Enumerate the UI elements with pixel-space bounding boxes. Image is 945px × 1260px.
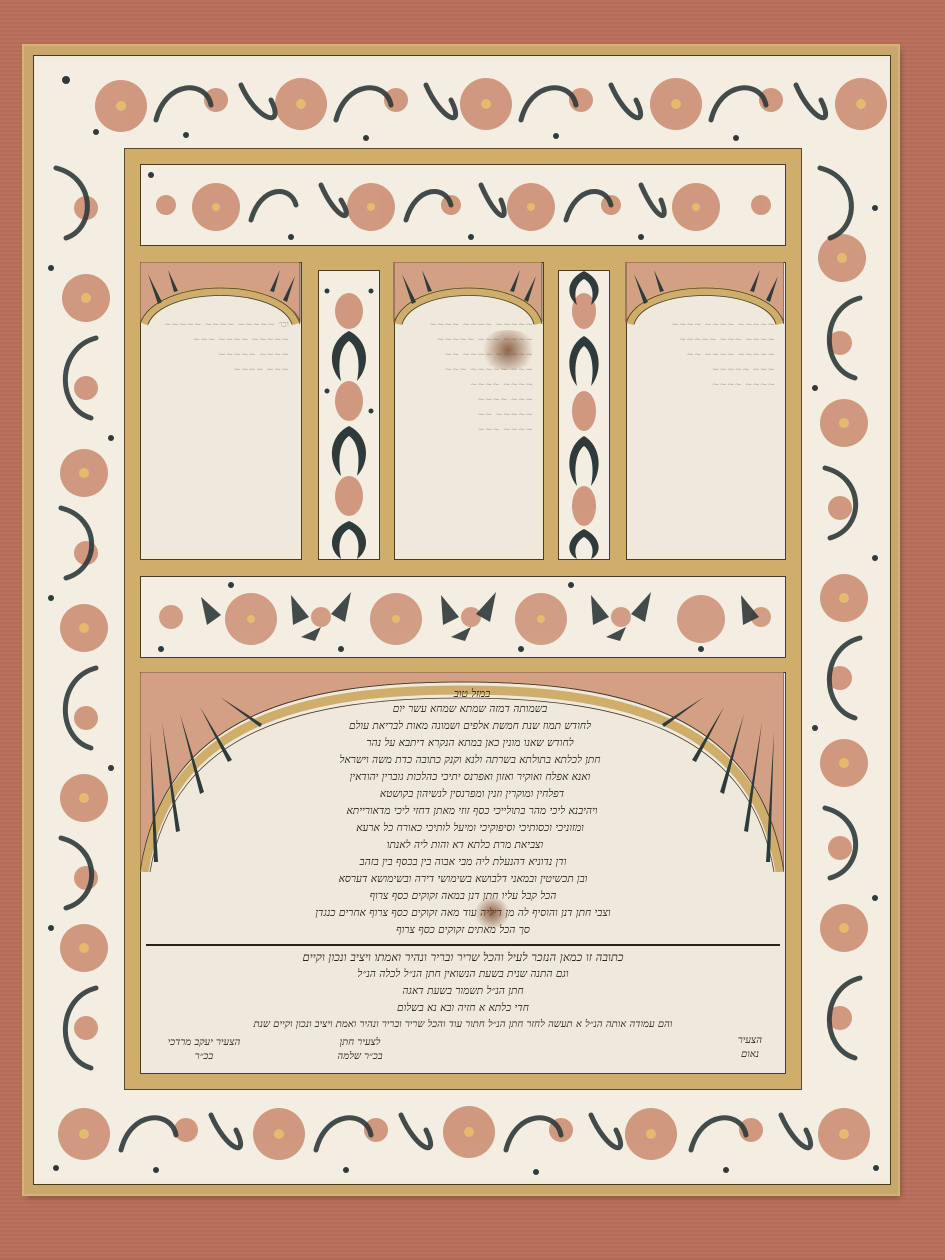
signature-sub: בכ״ר (144, 1050, 264, 1064)
floral-border-top (36, 60, 888, 148)
text-closing: כתובה זו כמאן הנזכר לעיל והכל שריר ובריר… (148, 950, 778, 964)
text-line: חתן לכלתא בתולתא בשרתה ולנא וקנק כתובה כ… (200, 754, 740, 766)
pillar-right (558, 270, 610, 560)
text-line: ואנא אפלח ואוקיר ואזון ואפרנס יתיכי כהלכ… (185, 771, 755, 783)
signature-sub: נאום (720, 1048, 780, 1062)
signature-name: לצעיר חתן (300, 1036, 420, 1050)
text-line: בשמותה דמזה שמתא שמחא עשר יום (300, 703, 640, 715)
text-line: לחודש תמוז שנת חמשת אלפים ושמונה מאות לב… (255, 720, 685, 732)
text-line: לחודש שאנו מונין כאן במתא הנקרא דיתבא על… (225, 737, 715, 749)
text-line: וצבי חתן דנן והוסיף לה מן דיליה עוד מאה … (148, 907, 778, 919)
text-addendum: וגם התנה שנית בשעת הנשואין חתן הנ״ל לכלה… (148, 968, 778, 980)
signature-name: הצעיר (720, 1034, 780, 1048)
signature-groom: לצעיר חתן בכ״ר שלמה (300, 1036, 420, 1064)
pillar-left (318, 270, 380, 560)
floral-border-right (800, 148, 888, 1090)
signature-witness-1: הצעיר יעקב מרדכי בכ״ר (144, 1036, 264, 1064)
text-line: ודן נדוניא דהנעלת ליה מבי אבוה בין בכסף … (148, 856, 778, 868)
signature-witness-2: הצעיר נאום (720, 1034, 780, 1062)
text-addendum: והם עמודה אותה הנ״ל א תעשה לחזר חתן הנ״ל… (148, 1019, 778, 1030)
floral-border-bottom (36, 1090, 888, 1180)
text-opening: במזל טוב (372, 688, 572, 700)
text-line: ובן תכשיטין ובמאני דלבושא בשימושי דירה ו… (148, 873, 778, 885)
text-line: וצביאת מרת כלתא דא והות ליה לאנתו (150, 839, 780, 851)
divider-line (146, 944, 780, 946)
ink-stain (478, 330, 538, 370)
text-line: דפלחין ומוקרין וזנין ומפרנסין לנשיהון בק… (172, 788, 772, 800)
text-addendum: חדי כלתא א חזיה ובא נא בשלום (148, 1002, 778, 1014)
arcade-arches (140, 262, 784, 342)
inner-floral-band-top (140, 164, 786, 246)
text-line: ומזוניכי וכסותיכי וסיפוקיכי ומיעל לותיכי… (155, 822, 785, 834)
floral-border-left (36, 148, 124, 1090)
text-line: הכל קבל עליו חתן דנן במאה זקוקים כסף צרו… (148, 890, 778, 902)
text-line: סך הכל מאתים זקוקים כסף צרוף (148, 924, 778, 936)
ink-stain (472, 898, 512, 928)
inner-floral-band-middle (140, 576, 786, 658)
signature-sub: בכ״ר שלמה (300, 1050, 420, 1064)
text-line: ויהיבנא ליכי מהר בתולייכי כסף זוזי מאתן … (162, 805, 782, 817)
text-addendum: חתן הנ״ל תשמור בשעת דאגה (148, 985, 778, 997)
signature-name: הצעיר יעקב מרדכי (144, 1036, 264, 1050)
